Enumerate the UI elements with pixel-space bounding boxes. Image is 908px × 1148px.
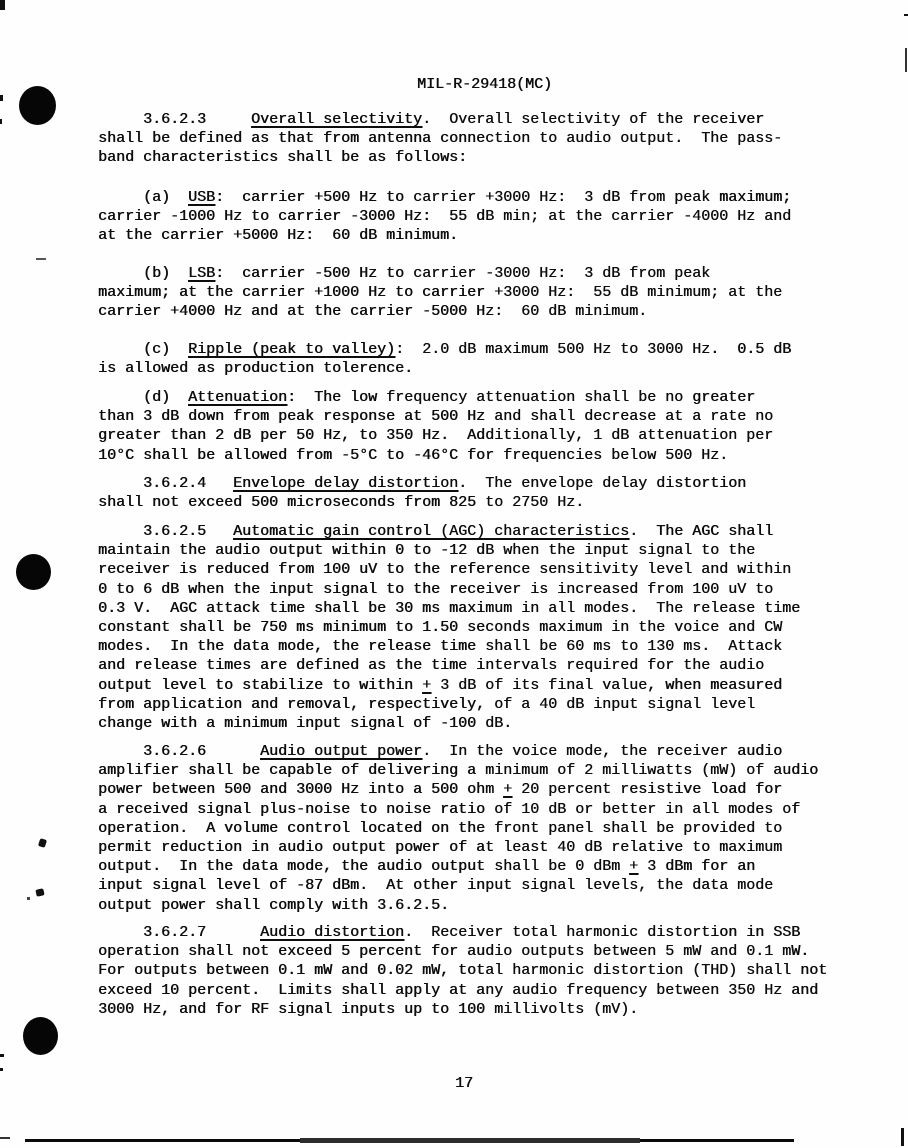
bottom-scan-edge-bar-dark-segment (300, 1138, 640, 1143)
item-c-ripple: (c) Ripple (peak to valley): 2.0 dB maxi… (98, 340, 791, 378)
scan-speck-left-edge-3 (0, 1054, 4, 1057)
scan-speck-bottom-left (0, 1137, 10, 1139)
paragraph-3-6-2-6-audio-output-power: 3.6.2.6 Audio output power. In the voice… (98, 742, 818, 915)
paragraph-3-6-2-7-audio-distortion: 3.6.2.7 Audio distortion. Receiver total… (98, 923, 827, 1019)
scan-speck-left-margin-1 (38, 838, 47, 848)
punch-hole-bottom (23, 1017, 58, 1055)
paragraph-3-6-2-5-agc-characteristics: 3.6.2.5 Automatic gain control (AGC) cha… (98, 522, 800, 733)
scan-speck-bottom-right (901, 1128, 904, 1146)
scan-speck-left-edge-4 (0, 1068, 3, 1071)
punch-hole-top (19, 86, 56, 125)
document-page: MIL-R-29418(MC) 3.6.2.3 Overall selectiv… (0, 0, 908, 1148)
scan-speck-left-margin-2 (35, 888, 44, 897)
scan-speck-left-margin-3 (27, 897, 30, 900)
item-a-usb: (a) USB: carrier +500 Hz to carrier +300… (98, 188, 791, 246)
punch-hole-middle (16, 554, 51, 590)
scan-speck-left-edge-1 (0, 95, 3, 101)
scan-speck-left-dash (36, 258, 46, 260)
item-d-attenuation: (d) Attenuation: The low frequency atten… (98, 388, 773, 465)
item-b-lsb: (b) LSB: carrier -500 Hz to carrier -300… (98, 264, 782, 322)
paragraph-3-6-2-3-overall-selectivity: 3.6.2.3 Overall selectivity. Overall sel… (98, 110, 782, 168)
scan-speck-top-left (0, 0, 5, 10)
scan-speck-right-edge-2 (905, 48, 907, 72)
document-number-header: MIL-R-29418(MC) (417, 75, 552, 94)
scan-speck-left-edge-2 (0, 119, 2, 124)
page-number: 17 (455, 1074, 473, 1093)
paragraph-3-6-2-4-envelope-delay-distortion: 3.6.2.4 Envelope delay distortion. The e… (98, 474, 746, 512)
scan-speck-right-edge-1 (904, 14, 908, 16)
